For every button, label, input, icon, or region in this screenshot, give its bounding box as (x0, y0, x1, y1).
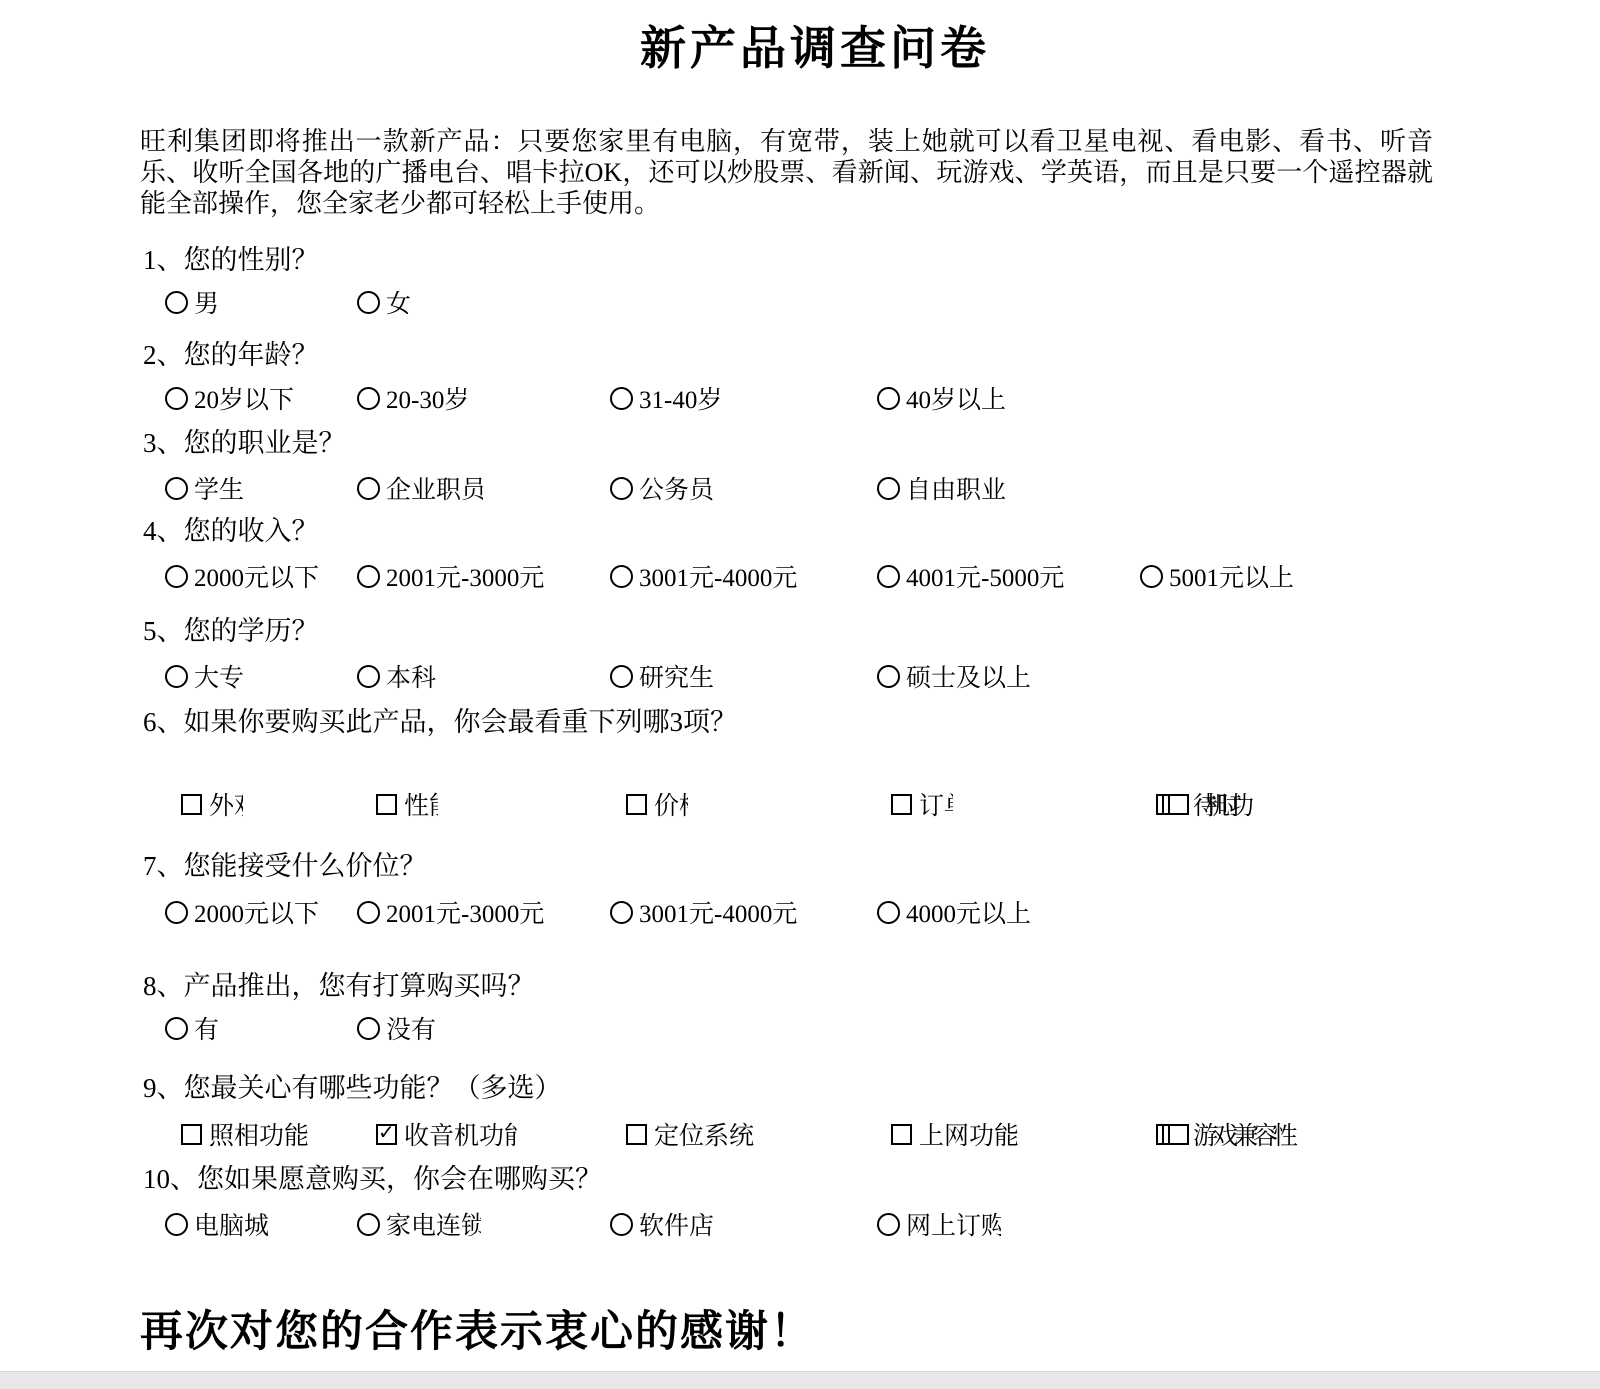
radio-option[interactable]: 男 (165, 286, 219, 318)
radio-icon[interactable] (877, 901, 900, 924)
question-2-label: 2、您的年龄？ (143, 333, 319, 372)
radio-icon[interactable] (165, 291, 188, 314)
radio-icon[interactable] (610, 901, 633, 924)
radio-option[interactable]: 公务员 (610, 472, 714, 504)
question-10-label: 10、您如果愿意购买，你会在哪购买？ (143, 1157, 602, 1196)
option-label: 自由职业 (906, 470, 1006, 506)
intro-paragraph: 旺利集团即将推出一款新产品：只要您家里有电脑，有宽带，装上她就可以看卫星电视、看… (140, 126, 1433, 219)
radio-icon[interactable] (357, 387, 380, 410)
option-label: 订单 (919, 786, 953, 822)
radio-option[interactable]: 家电连锁 (357, 1208, 481, 1240)
radio-icon[interactable] (877, 1213, 900, 1236)
question-2-options: 20岁以下 20-30岁 31-40岁 40岁以上 (0, 382, 1600, 416)
option-label: 学生 (194, 470, 244, 506)
option-label: 大专 (194, 658, 244, 694)
question-6-options: 外观 性能 价格 订单 待机时功 (0, 788, 1600, 822)
option-label: 网上订购 (906, 1206, 1001, 1242)
checkbox-icon[interactable] (181, 794, 202, 815)
checkbox-option[interactable]: 定位系统 (626, 1118, 754, 1150)
radio-option[interactable]: 本科 (357, 660, 436, 692)
option-label: 2001元-3000元 (386, 558, 544, 594)
option-label: 没有 (386, 1010, 436, 1046)
radio-icon[interactable] (165, 477, 188, 500)
radio-option[interactable]: 有 (165, 1012, 219, 1044)
overlapping-checkboxes (1156, 794, 1189, 815)
question-3-options: 学生 企业职员 公务员 自由职业 (0, 472, 1600, 506)
radio-option[interactable]: 网上订购 (877, 1208, 1001, 1240)
option-label: 3001元-4000元 (639, 558, 799, 594)
radio-icon[interactable] (1140, 565, 1163, 588)
question-7-label: 7、您能接受什么价位？ (143, 844, 427, 883)
option-label: 研究生 (639, 658, 714, 694)
option-label: 2000元以下 (194, 894, 319, 930)
question-9-label: 9、您最关心有哪些功能？（多选） (143, 1066, 562, 1105)
radio-option[interactable]: 研究生 (610, 660, 714, 692)
radio-icon[interactable] (877, 565, 900, 588)
option-label: 待机时功 (1193, 786, 1265, 822)
checkbox-option[interactable]: 游戏兼容性 (1156, 1118, 1333, 1150)
question-10-options: 电脑城 家电连锁 软件店 网上订购 (0, 1208, 1600, 1242)
option-label: 20-30岁 (386, 380, 469, 416)
option-label: 本科 (386, 658, 436, 694)
option-label: 3001元-4000元 (639, 894, 797, 930)
checkbox-option[interactable]: 上网功能 (891, 1118, 1019, 1150)
checkbox-option[interactable]: 价格 (626, 788, 688, 820)
question-4-label: 4、您的收入？ (143, 509, 319, 548)
option-label: 上网功能 (919, 1116, 1019, 1152)
radio-icon[interactable] (357, 1017, 380, 1040)
question-5-label: 5、您的学历？ (143, 609, 319, 648)
checkbox-icon[interactable] (376, 794, 397, 815)
radio-icon[interactable] (357, 1213, 380, 1236)
checkbox-icon[interactable] (891, 1124, 912, 1145)
checkbox-option[interactable]: 性能 (376, 788, 438, 820)
question-5-options: 大专 本科 研究生 硕士及以上 (0, 660, 1600, 694)
radio-icon[interactable] (610, 665, 633, 688)
radio-option[interactable]: 2000元以下 (165, 896, 319, 928)
checkbox-option[interactable]: 订单 (891, 788, 953, 820)
radio-icon[interactable] (357, 665, 380, 688)
question-4-options: 2000元以下 2001元-3000元 3001元-4000元 4001元-50… (0, 560, 1600, 594)
question-8-label: 8、产品推出，您有打算购买吗？ (143, 964, 535, 1003)
radio-icon[interactable] (877, 665, 900, 688)
radio-option[interactable]: 大专 (165, 660, 244, 692)
question-7-options: 2000元以下 2001元-3000元 3001元-4000元 4000元以上 (0, 896, 1600, 930)
option-label: 31-40岁 (639, 380, 722, 416)
option-label: 硕士及以上 (906, 658, 1031, 694)
option-label: 女 (386, 284, 411, 320)
radio-option[interactable]: 5001元以上 (1140, 560, 1294, 592)
option-label: 40岁以上 (906, 380, 1006, 416)
radio-icon[interactable] (357, 477, 380, 500)
checkbox-icon (1168, 794, 1189, 815)
option-label: 软件店 (639, 1206, 714, 1242)
checkbox-icon[interactable] (891, 794, 912, 815)
radio-option[interactable]: 没有 (357, 1012, 436, 1044)
radio-option[interactable]: 3001元-4000元 (610, 896, 797, 928)
option-label: 4000元以上 (906, 894, 1031, 930)
option-label: 公务员 (639, 470, 714, 506)
bottom-gray-strip (0, 1371, 1600, 1389)
option-label: 收音机功能 (404, 1116, 517, 1152)
radio-icon[interactable] (165, 565, 188, 588)
checkbox-option[interactable]: 外观 (181, 788, 243, 820)
radio-icon[interactable] (165, 387, 188, 410)
radio-icon[interactable] (610, 477, 633, 500)
option-label: 游戏兼容性 (1193, 1116, 1333, 1152)
option-label: 4001元-5000元 (906, 558, 1064, 594)
radio-icon[interactable] (877, 477, 900, 500)
radio-option[interactable]: 2001元-3000元 (357, 896, 544, 928)
checkbox-icon[interactable] (181, 1124, 202, 1145)
option-label: 电脑城 (194, 1206, 269, 1242)
radio-option[interactable]: 自由职业 (877, 472, 1006, 504)
radio-option[interactable]: 女 (357, 286, 411, 318)
checkbox-icon (1168, 1124, 1189, 1145)
radio-icon[interactable] (165, 901, 188, 924)
radio-option[interactable]: 学生 (165, 472, 244, 504)
checkbox-option[interactable]: 待机时功 (1156, 788, 1265, 820)
radio-option[interactable]: 硕士及以上 (877, 660, 1031, 692)
option-label: 男 (194, 284, 219, 320)
option-label: 2001元-3000元 (386, 894, 544, 930)
radio-icon[interactable] (357, 565, 380, 588)
radio-option[interactable]: 4001元-5000元 (877, 560, 1064, 592)
question-1-options: 男 女 (0, 286, 1600, 320)
radio-option[interactable]: 软件店 (610, 1208, 714, 1240)
radio-option[interactable]: 4000元以上 (877, 896, 1031, 928)
option-label: 外观 (209, 786, 243, 822)
question-8-options: 有 没有 (0, 1012, 1600, 1046)
option-label: 性能 (404, 786, 438, 822)
radio-option[interactable]: 40岁以上 (877, 382, 1006, 414)
radio-icon[interactable] (610, 1213, 633, 1236)
option-label: 2000元以下 (194, 558, 319, 594)
question-1-label: 1、您的性别？ (143, 238, 319, 277)
radio-icon[interactable] (165, 665, 188, 688)
option-label: 照相功能 (209, 1116, 309, 1152)
radio-option[interactable]: 2000元以下 (165, 560, 319, 592)
option-label: 企业职员 (386, 470, 483, 506)
checkbox-option[interactable]: 照相功能 (181, 1118, 309, 1150)
option-label: 5001元以上 (1169, 558, 1294, 594)
overlapping-checkboxes (1156, 1124, 1189, 1145)
radio-option[interactable]: 电脑城 (165, 1208, 269, 1240)
radio-option[interactable]: 20-30岁 (357, 382, 469, 414)
checkbox-option[interactable]: ✓ 收音机功能 (376, 1118, 517, 1150)
radio-icon[interactable] (357, 291, 380, 314)
option-label: 定位系统 (654, 1116, 754, 1152)
thank-you-footer: 再次对您的合作表示衷心的感谢！ (140, 1298, 815, 1359)
radio-option[interactable]: 31-40岁 (610, 382, 722, 414)
checkbox-icon[interactable] (626, 794, 647, 815)
option-label: 家电连锁 (386, 1206, 481, 1242)
checkbox-icon[interactable] (626, 1124, 647, 1145)
option-label: 有 (194, 1010, 219, 1046)
radio-icon[interactable] (610, 565, 633, 588)
question-3-label: 3、您的职业是？ (143, 421, 346, 460)
radio-icon[interactable] (877, 387, 900, 410)
radio-icon[interactable] (610, 387, 633, 410)
question-9-options: 照相功能 ✓ 收音机功能 定位系统 上网功能 游戏兼容性 (0, 1118, 1600, 1152)
checkbox-checked-icon[interactable]: ✓ (376, 1124, 397, 1145)
option-label: 价格 (654, 786, 688, 822)
radio-icon[interactable] (165, 1213, 188, 1236)
radio-option[interactable]: 20岁以下 (165, 382, 294, 414)
radio-icon[interactable] (165, 1017, 188, 1040)
radio-option[interactable]: 企业职员 (357, 472, 483, 504)
page-title: 新产品调查问卷 (140, 12, 1490, 78)
survey-document: 新产品调查问卷 旺利集团即将推出一款新产品：只要您家里有电脑，有宽带，装上她就可… (0, 0, 1600, 1389)
radio-icon[interactable] (357, 901, 380, 924)
question-6-label: 6、如果你要购买此产品，你会最看重下列哪3项？ (143, 700, 737, 739)
radio-option[interactable]: 2001元-3000元 (357, 560, 544, 592)
radio-option[interactable]: 3001元-4000元 (610, 560, 799, 592)
checkmark-icon: ✓ (378, 1122, 395, 1142)
option-label: 20岁以下 (194, 380, 294, 416)
